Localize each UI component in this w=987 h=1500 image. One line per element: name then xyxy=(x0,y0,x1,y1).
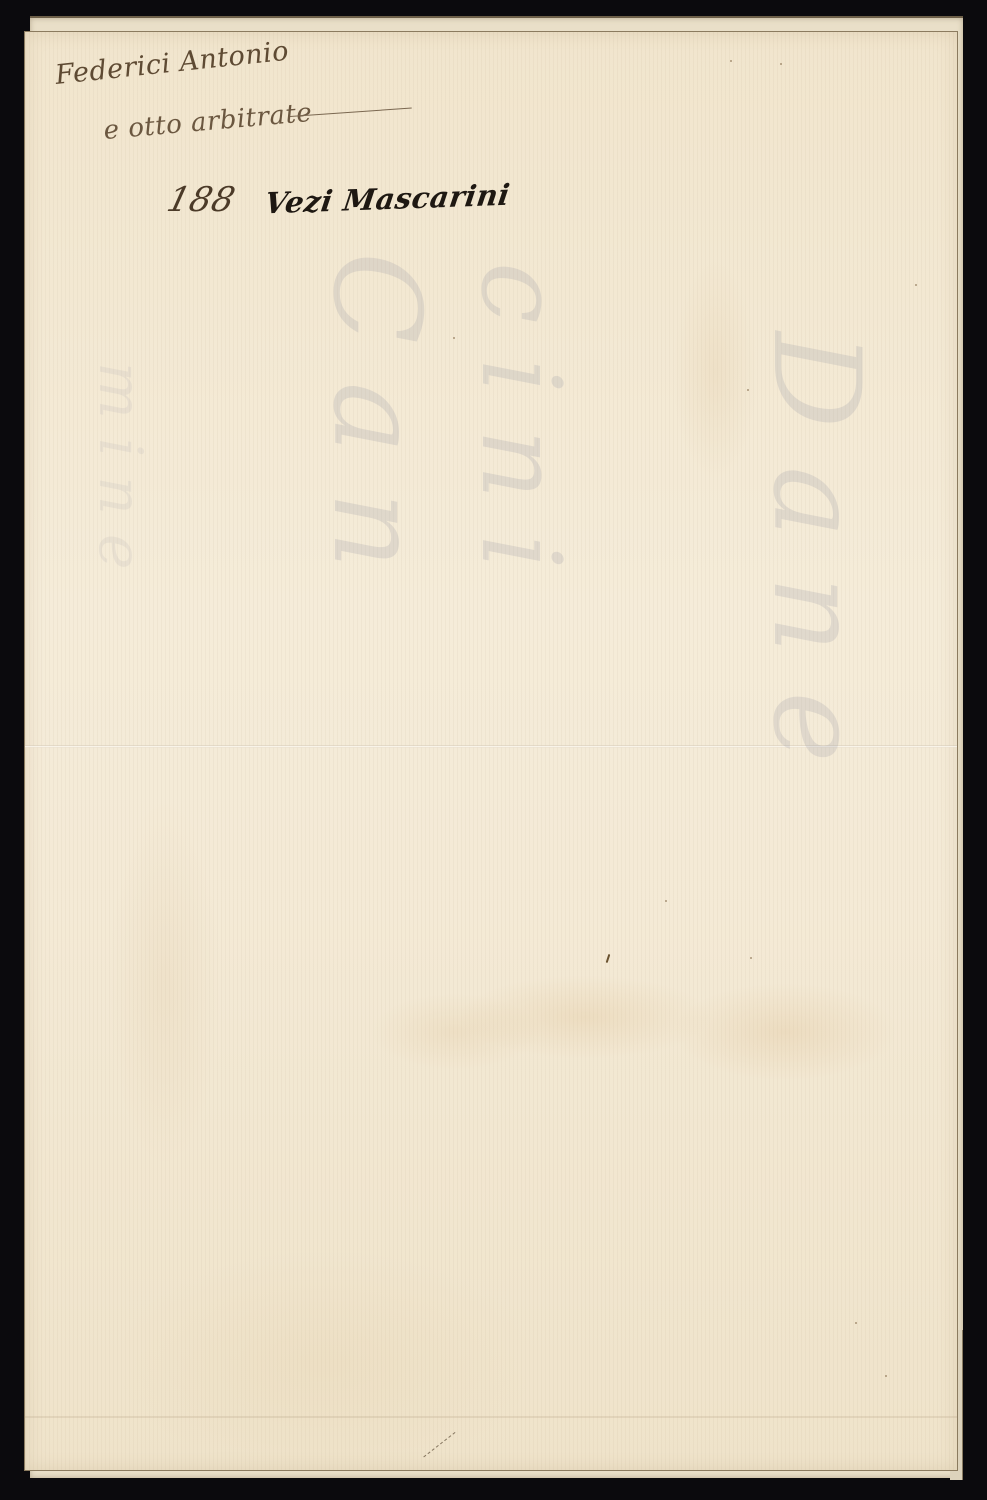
lower-crease xyxy=(25,1416,957,1418)
handwritten-signature: Vezi Mascarini xyxy=(263,178,513,221)
handwritten-name: Federici Antonio xyxy=(54,36,291,91)
bleed-through-text: m i n e xyxy=(85,362,155,569)
horizontal-fold xyxy=(25,745,957,748)
bleed-through-text: D a n e xyxy=(746,332,885,763)
ink-scratch xyxy=(423,1432,456,1459)
handwritten-note: e otto arbitrate xyxy=(102,98,313,146)
handwritten-number: 188 xyxy=(163,180,239,220)
bleed-through-text: c i n i xyxy=(457,262,585,570)
ink-mark xyxy=(606,954,611,963)
document-page: C a n c i n i D a n e m i n e Federici A… xyxy=(25,32,957,1470)
bleed-through-text: C a n xyxy=(306,252,445,569)
